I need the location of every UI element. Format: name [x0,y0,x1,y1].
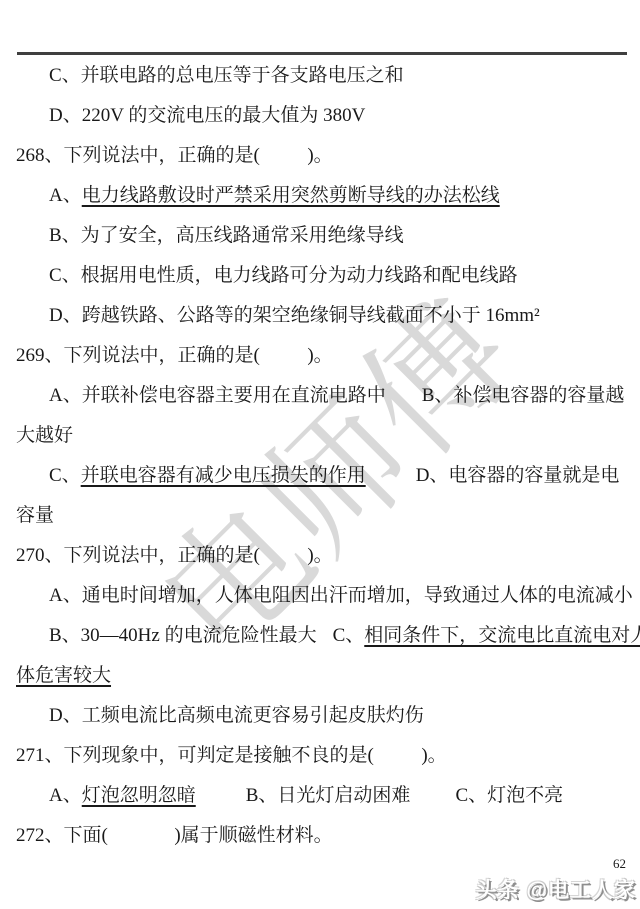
option-c-label: C、 [49,465,81,486]
q268-option-a: A、电力线路敷设时严禁采用突然剪断导线的办法松线 [16,176,630,216]
option-text: B、为了安全，高压线路通常采用绝缘导线 [49,225,404,246]
q269-options-a-b: A、并联补偿电容器主要用在直流电路中B、补偿电容器的容量越 [16,376,630,416]
q270-title: 270、下列说法中，正确的是( )。 [16,536,630,576]
option-b-text: B、30—40Hz 的电流危险性最大 [49,625,317,646]
option-c-underlined-text: 相同条件下，交流电比直流电对人 [364,625,640,646]
q270-options-b-c: B、30—40Hz 的电流危险性最大C、相同条件下，交流电比直流电对人 [16,616,630,656]
q269-option-b-continuation: 大越好 [16,416,630,456]
question-text: 271、下列现象中，可判定是接触不良的是( )。 [16,745,447,766]
page-number: 62 [613,856,626,872]
question-text: 269、下列说法中，正确的是( )。 [16,345,333,366]
q269-option-d-continuation: 容量 [16,496,630,536]
option-b-wrap-text: 大越好 [16,425,73,446]
q270-option-d: D、工频电流比高频电流更容易引起皮肤灼伤 [16,696,630,736]
option-a-text: A、并联补偿电容器主要用在直流电路中 [49,385,386,406]
question-text: 272、下面( )属于顺磁性材料。 [16,825,333,846]
question-text: 270、下列说法中，正确的是( )。 [16,545,333,566]
option-c-underlined-wrap-text: 体危害较大 [16,665,111,686]
exam-question-content: C、并联电路的总电压等于各支路电压之和 D、220V 的交流电压的最大值为 38… [16,56,630,856]
option-text: D、工频电流比高频电流更容易引起皮肤灼伤 [49,705,424,726]
q271-options-a-b-c: A、灯泡忽明忽暗B、日光灯启动困难C、灯泡不亮 [16,776,630,816]
option-d-wrap-text: 容量 [16,505,54,526]
q268-title: 268、下列说法中，正确的是( )。 [16,136,630,176]
q269-title: 269、下列说法中，正确的是( )。 [16,336,630,376]
document-page: { "watermark": { "text": "电师傅" }, "foote… [0,0,640,909]
toutiao-author-watermark: 头条 @电工人家 [476,874,636,904]
option-d-text: D、电容器的容量就是电 [416,465,620,486]
option-b-text: B、补偿电容器的容量越 [422,385,625,406]
option-c-underlined-text: 并联电容器有减少电压损失的作用 [81,465,366,486]
option-b-text: B、日光灯启动困难 [246,785,411,806]
option-a-label: A、 [49,785,82,806]
option-text: A、通电时间增加，人体电阻因出汗而增加，导致通过人体的电流减小 [49,585,633,606]
option-c-label: C、 [333,625,365,646]
question-text: 268、下列说法中，正确的是( )。 [16,145,333,166]
option-text: D、220V 的交流电压的最大值为 380V [49,105,365,126]
q270-option-c-continuation: 体危害较大 [16,656,630,696]
option-text: C、并联电路的总电压等于各支路电压之和 [49,65,404,86]
option-a-underlined-text: 灯泡忽明忽暗 [82,785,196,806]
q268-option-d: D、跨越铁路、公路等的架空绝缘铜导线截面不小于 16mm² [16,296,630,336]
q267-option-c: C、并联电路的总电压等于各支路电压之和 [16,56,630,96]
q271-title: 271、下列现象中，可判定是接触不良的是( )。 [16,736,630,776]
q270-option-a: A、通电时间增加，人体电阻因出汗而增加，导致通过人体的电流减小 [16,576,630,616]
option-text: D、跨越铁路、公路等的架空绝缘铜导线截面不小于 16mm² [49,305,540,326]
option-underlined-text: 电力线路敷设时严禁采用突然剪断导线的办法松线 [82,185,500,206]
option-c-text: C、灯泡不亮 [455,785,563,806]
q268-option-b: B、为了安全，高压线路通常采用绝缘导线 [16,216,630,256]
q272-title: 272、下面( )属于顺磁性材料。 [16,816,630,856]
q269-options-c-d: C、并联电容器有减少电压损失的作用D、电容器的容量就是电 [16,456,630,496]
option-label: A、 [49,185,82,206]
q268-option-c: C、根据用电性质，电力线路可分为动力线路和配电线路 [16,256,630,296]
header-divider [17,52,627,55]
option-text: C、根据用电性质，电力线路可分为动力线路和配电线路 [49,265,518,286]
q267-option-d: D、220V 的交流电压的最大值为 380V [16,96,630,136]
